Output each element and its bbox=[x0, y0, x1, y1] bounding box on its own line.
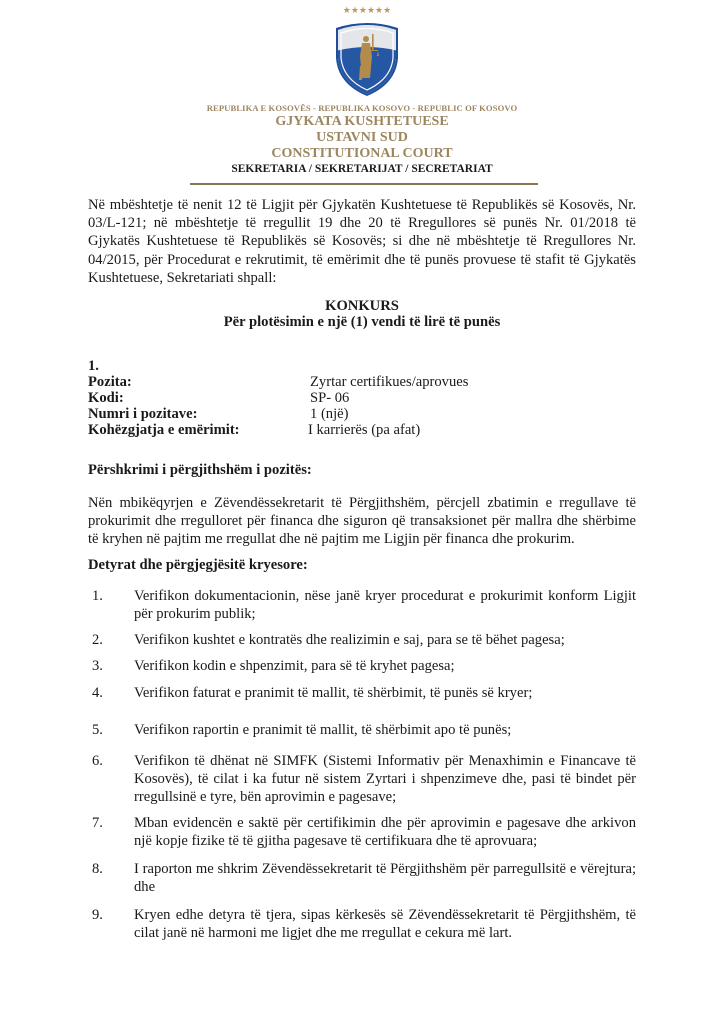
konkurs-title: KONKURS bbox=[0, 298, 724, 315]
field-label-numri: Numri i pozitave: bbox=[88, 406, 197, 422]
field-value-pozita: Zyrtar certifikues/aprovues bbox=[310, 374, 468, 390]
duty-number: 2. bbox=[92, 631, 103, 649]
duty-text: Verifikon kushtet e kontratës dhe realiz… bbox=[134, 631, 636, 649]
konkurs-subtitle: Për plotësimin e një (1) vendi të lirë t… bbox=[0, 314, 724, 331]
court-name-english: CONSTITUTIONAL COURT bbox=[0, 146, 724, 162]
duty-number: 1. bbox=[92, 587, 103, 605]
field-value-kohezgjatja: I karrierës (pa afat) bbox=[308, 422, 420, 438]
field-label-kohezgjatja: Kohëzgjatja e emërimit: bbox=[88, 422, 240, 438]
duty-text: Verifikon kodin e shpenzimit, para së të… bbox=[134, 657, 636, 675]
duty-number: 7. bbox=[92, 814, 103, 832]
republic-line: REPUBLIKA E KOSOVËS - REPUBLIKA KOSOVO -… bbox=[0, 103, 724, 113]
duty-text: Kryen edhe detyra të tjera, sipas kërkes… bbox=[134, 906, 636, 942]
court-name-serbian: USTAVNI SUD bbox=[0, 130, 724, 146]
duty-text: Verifikon raportin e pranimit të mallit,… bbox=[134, 721, 636, 739]
field-label-pozita: Pozita: bbox=[88, 374, 132, 390]
duty-number: 4. bbox=[92, 684, 103, 702]
duty-number: 5. bbox=[92, 721, 103, 739]
field-label-kodi: Kodi: bbox=[88, 390, 124, 406]
court-name-albanian: GJYKATA KUSHTETUESE bbox=[0, 114, 724, 130]
document-page: ★★★★★★ bbox=[0, 0, 724, 1024]
duty-number: 9. bbox=[92, 906, 103, 924]
position-number: 1. bbox=[88, 358, 99, 374]
header-divider bbox=[190, 183, 538, 185]
duty-text: Mban evidencën e saktë për certifikimin … bbox=[134, 814, 636, 850]
intro-paragraph: Në mbështetje të nenit 12 të Ligjit për … bbox=[88, 196, 636, 287]
duty-number: 6. bbox=[92, 752, 103, 770]
secretariat-line: SEKRETARIA / SEKRETARIJAT / SECRETARIAT bbox=[0, 163, 724, 175]
field-value-kodi: SP- 06 bbox=[310, 390, 349, 406]
field-value-numri: 1 (një) bbox=[310, 406, 349, 422]
duties-heading: Detyrat dhe përgjegjësitë kryesore: bbox=[88, 557, 308, 574]
description-paragraph: Nën mbikëqyrjen e Zëvendëssekretarit të … bbox=[88, 494, 636, 549]
duty-text: I raporton me shkrim Zëvendëssekretarit … bbox=[134, 860, 636, 896]
shield-justice-icon bbox=[332, 6, 402, 96]
duty-text: Verifikon dokumentacionin, nëse janë kry… bbox=[134, 587, 636, 623]
duty-number: 3. bbox=[92, 657, 103, 675]
court-emblem: ★★★★★★ bbox=[332, 6, 402, 96]
duty-text: Verifikon faturat e pranimit të mallit, … bbox=[134, 684, 636, 702]
duty-number: 8. bbox=[92, 860, 103, 878]
description-heading: Përshkrimi i përgjithshëm i pozitës: bbox=[88, 462, 312, 479]
duty-text: Verifikon të dhënat në SIMFK (Sistemi In… bbox=[134, 752, 636, 806]
